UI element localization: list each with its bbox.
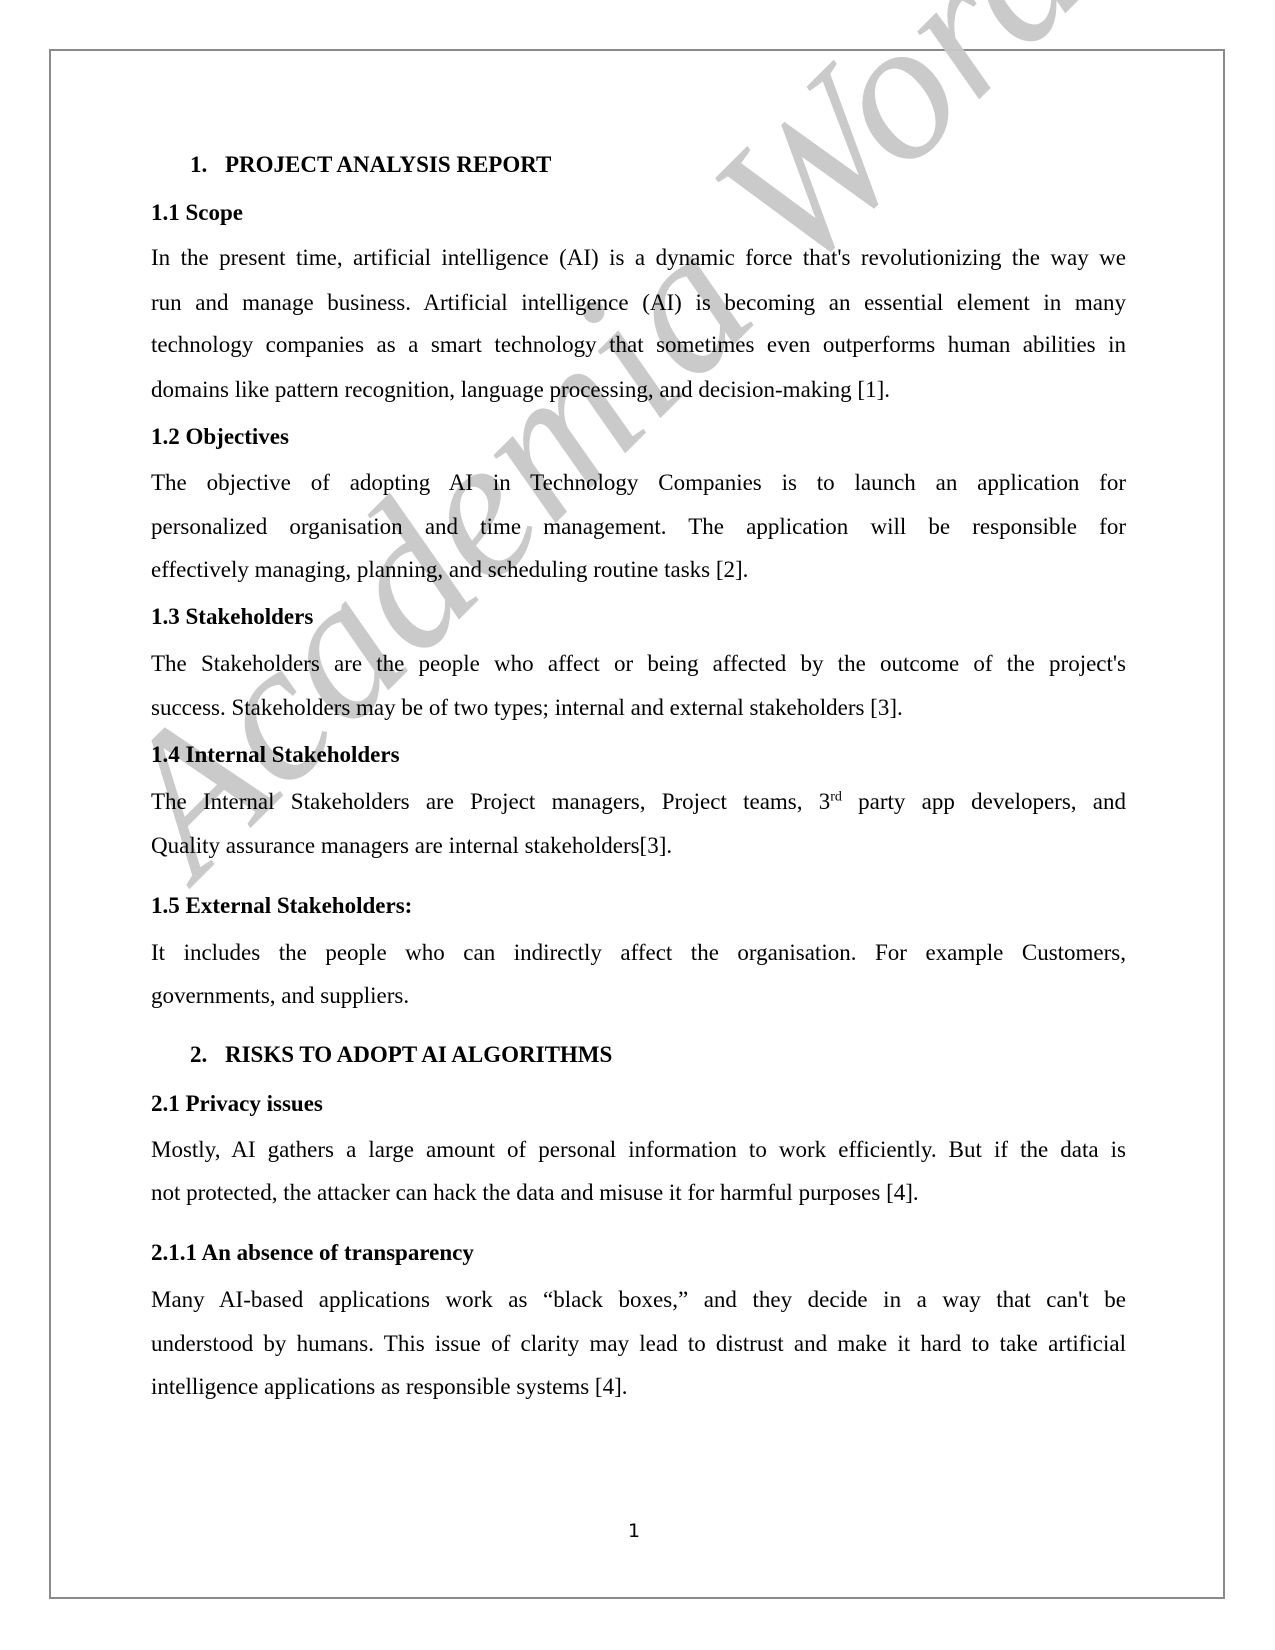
page-number: 1: [628, 1520, 640, 1542]
paragraph-line: The Internal Stakeholders are Project ma…: [151, 788, 1126, 816]
paragraph-line: intelligence applications as responsible…: [151, 1373, 1126, 1401]
paragraph-line: success. Stakeholders may be of two type…: [151, 694, 1126, 722]
paragraph-line: Quality assurance managers are internal …: [151, 832, 1126, 860]
paragraph-line: understood by humans. This issue of clar…: [151, 1330, 1126, 1358]
subheading-transparency: 2.1.1 An absence of transparency: [151, 1239, 1126, 1267]
subheading-stakeholders: 1.3 Stakeholders: [151, 603, 1126, 631]
paragraph-line: Mostly, AI gathers a large amount of per…: [151, 1136, 1126, 1164]
subheading-internal-stakeholders: 1.4 Internal Stakeholders: [151, 741, 1126, 769]
paragraph-line: domains like pattern recognition, langua…: [151, 376, 1126, 404]
paragraph-line: not protected, the attacker can hack the…: [151, 1179, 1126, 1207]
paragraph-line: Many AI-based applications work as “blac…: [151, 1286, 1126, 1314]
document-page: 1. PROJECT ANALYSIS REPORT 1.1 Scope In …: [0, 0, 1275, 1650]
paragraph-line: The Stakeholders are the people who affe…: [151, 650, 1126, 678]
subheading-privacy-issues: 2.1 Privacy issues: [151, 1090, 1126, 1118]
paragraph-line: personalized organisation and time manag…: [151, 513, 1126, 541]
paragraph-line: The objective of adopting AI in Technolo…: [151, 469, 1126, 497]
paragraph-line: effectively managing, planning, and sche…: [151, 556, 1126, 584]
paragraph-line: In the present time, artificial intellig…: [151, 244, 1126, 272]
paragraph-line: governments, and suppliers.: [151, 982, 1126, 1010]
subheading-objectives: 1.2 Objectives: [151, 423, 1126, 451]
paragraph-line: technology companies as a smart technolo…: [151, 331, 1126, 359]
subheading-scope: 1.1 Scope: [151, 199, 1126, 227]
subheading-external-stakeholders: 1.5 External Stakeholders:: [151, 892, 1126, 920]
paragraph-line: It includes the people who can indirectl…: [151, 939, 1126, 967]
paragraph-line: run and manage business. Artificial inte…: [151, 289, 1126, 317]
